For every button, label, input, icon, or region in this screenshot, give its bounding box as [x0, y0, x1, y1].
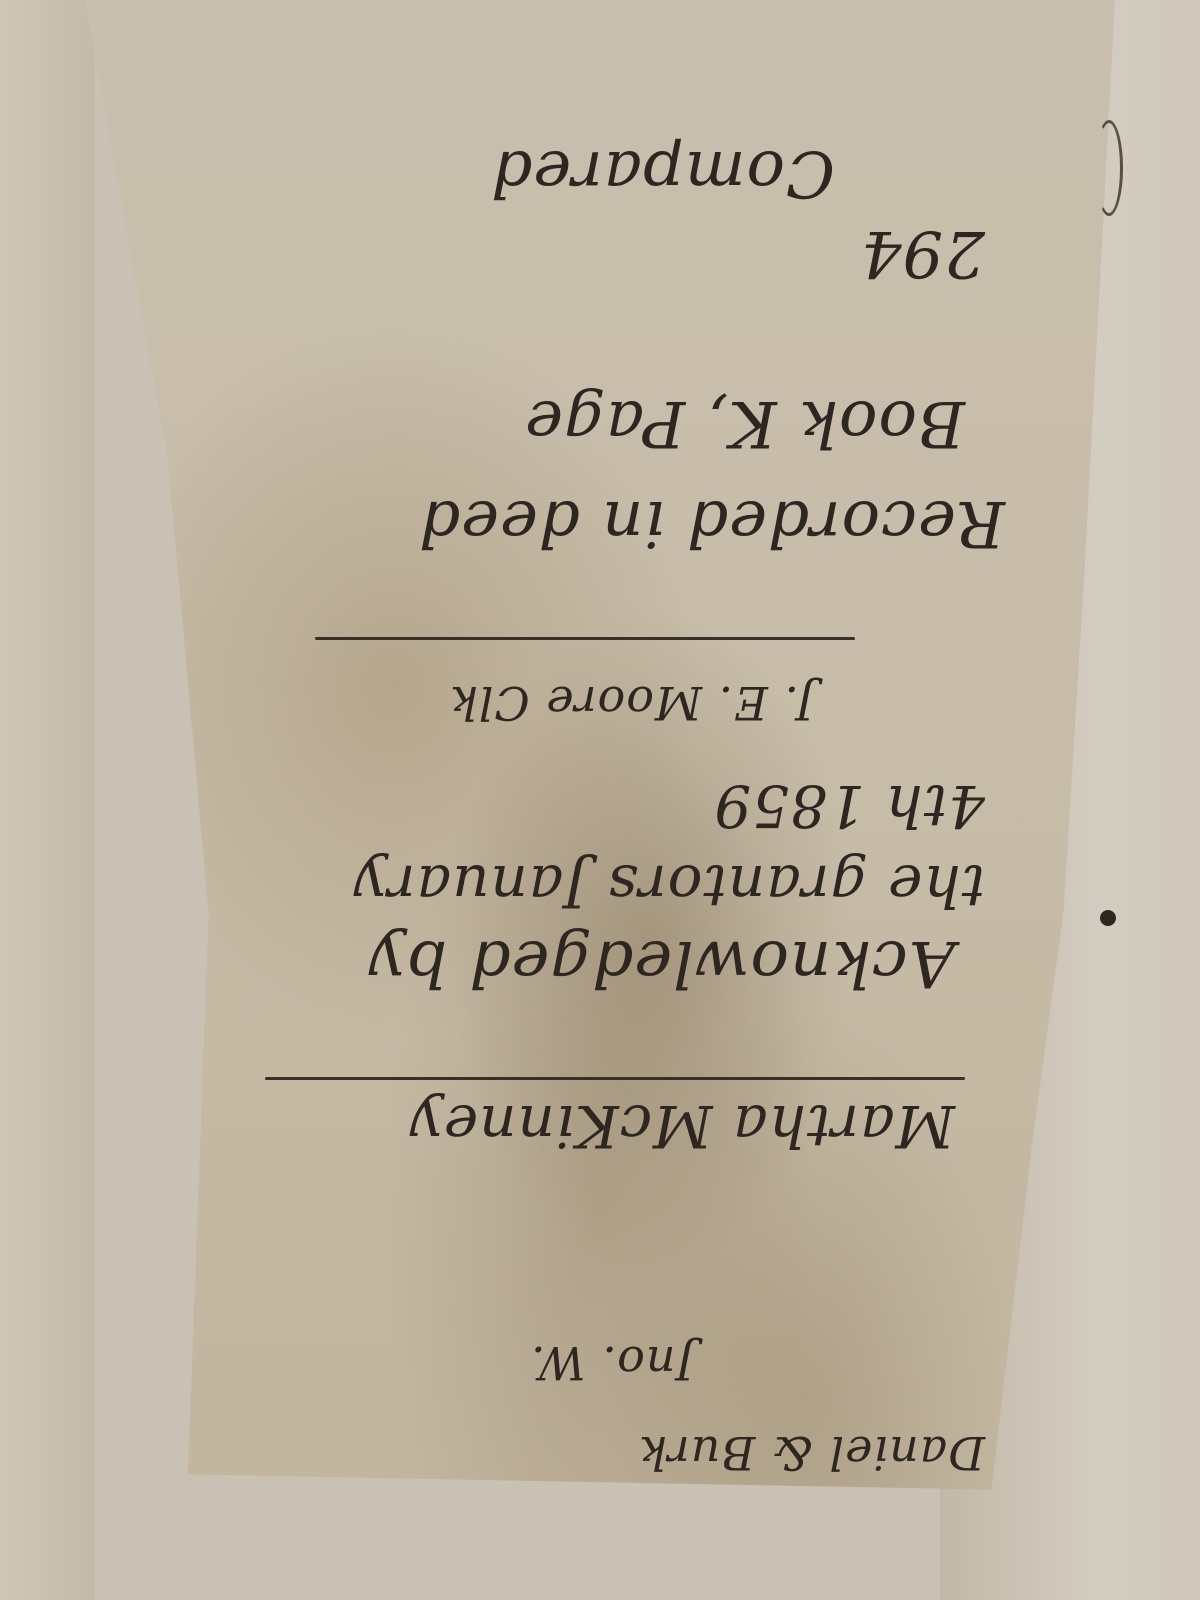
text-compared: Compared: [490, 136, 835, 210]
text-clerk-signature: J. E. Moore Clk: [449, 676, 815, 730]
underline-grantor: [265, 1077, 965, 1080]
text-grantor-name: Martha McKinney: [409, 1092, 955, 1160]
text-page-number: 294: [860, 216, 985, 290]
background-left: [0, 0, 95, 1600]
ink-blot: [1100, 910, 1116, 926]
text-ack-line2: the grantors January: [353, 852, 985, 920]
text-party-line1: Daniel & Burk: [638, 1426, 985, 1480]
text-ack-line3: 4th 1859: [713, 772, 985, 840]
underline-clerk: [315, 637, 855, 640]
text-recorded-line2: Book K, Page: [524, 386, 965, 460]
handwriting-rotated: Daniel & Burk Jno. W. Martha McKinney Ac…: [85, 0, 1115, 1520]
text-party-line2: Jno. W.: [530, 1336, 695, 1390]
text-ack-line1: Acknowledged by: [368, 926, 955, 1000]
text-recorded-line1: Recorded in deed: [418, 486, 1005, 560]
